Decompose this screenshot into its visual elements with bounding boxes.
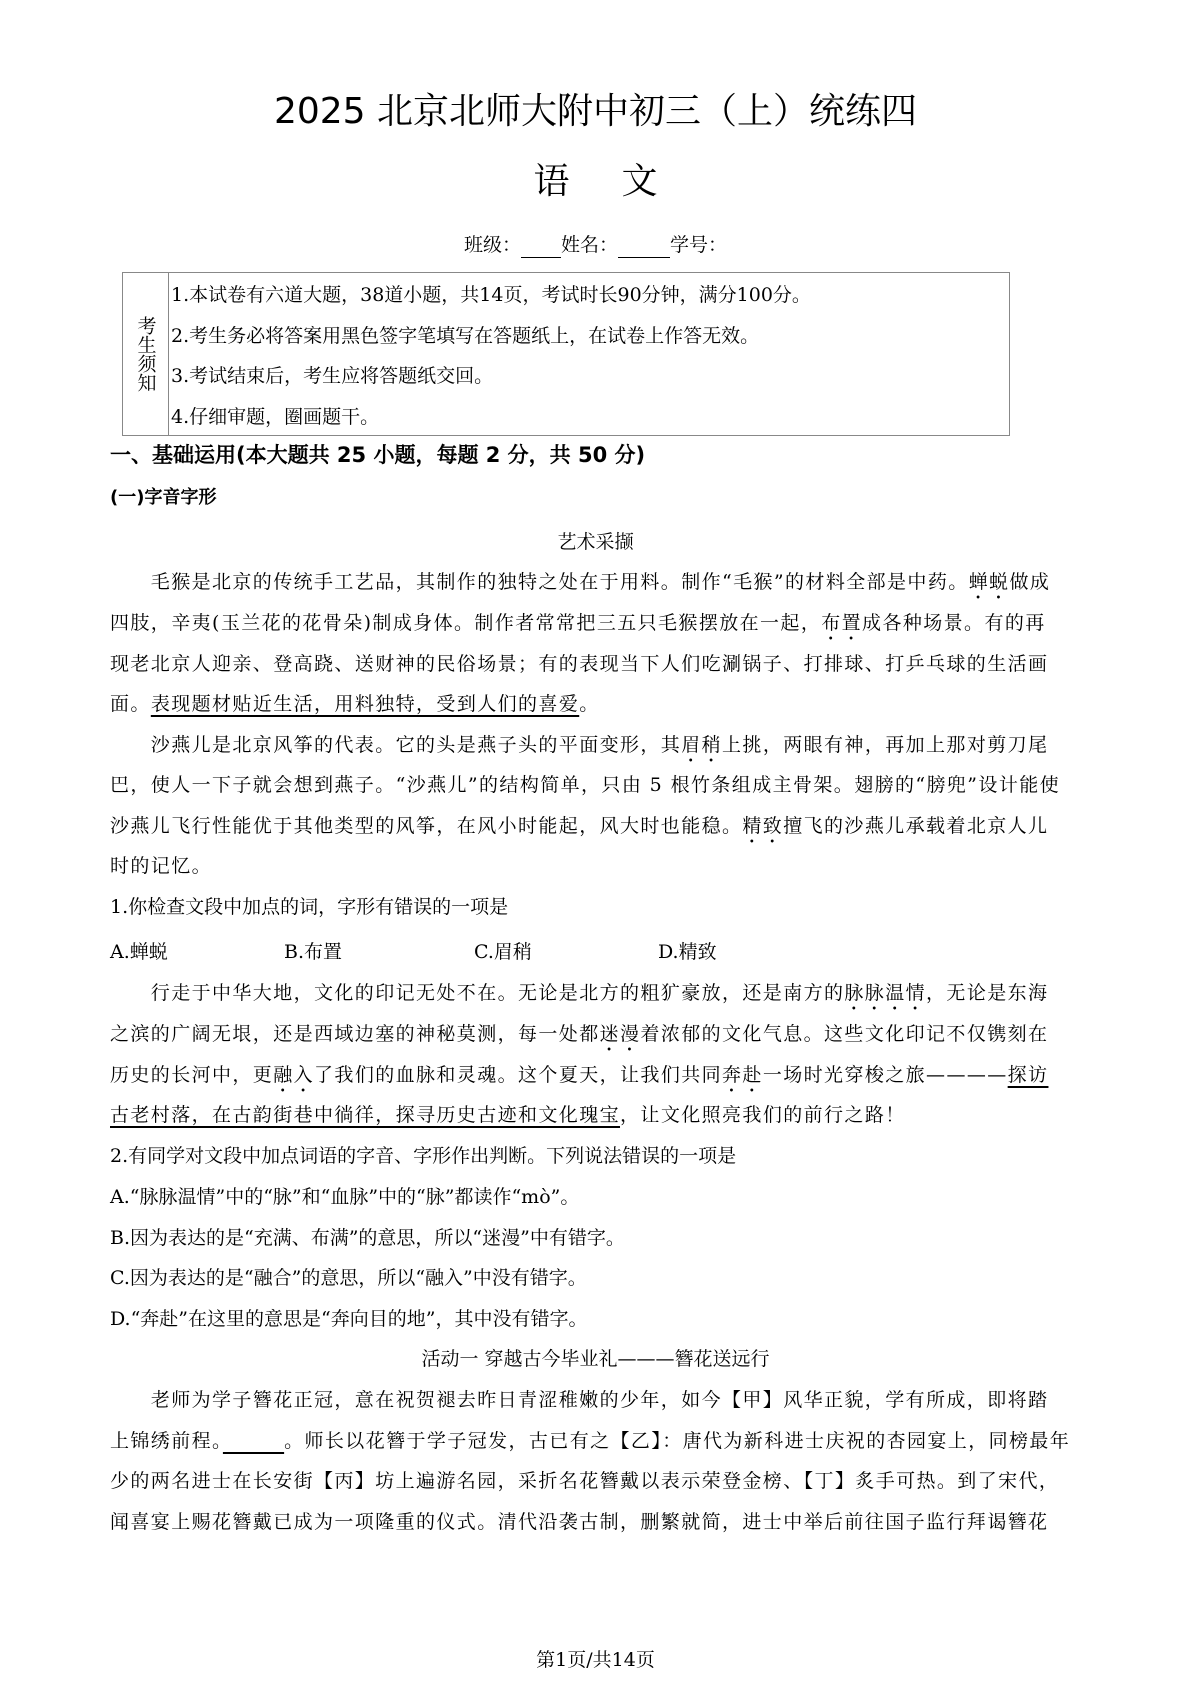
dotted-word: 蝉蜕 [969, 571, 1010, 593]
student-info-line: 班级：姓名：学号： [0, 232, 1191, 258]
class-label: 班级： [464, 234, 521, 256]
notice-item: 1.本试卷有六道大题，38道小题，共14页，考试时长90分钟，满分100分。 [171, 275, 1005, 316]
underlined-sentence: 探访 [1008, 1064, 1049, 1086]
text: 历史的长河中，更 [110, 1064, 273, 1086]
underlined-sentence: 表现题材贴近生活，用料独特，受到人们的喜爱 [151, 693, 579, 715]
notice-items: 1.本试卷有六道大题，38道小题，共14页，考试时长90分钟，满分100分。 2… [171, 275, 1005, 437]
text: 做成 [1009, 571, 1050, 593]
text: ，无论是东海 [926, 982, 1048, 1004]
text: 毛猴是北京的传统手工艺品，其制作的独特之处在于用料。制作“毛猴”的材料全部是中药… [110, 571, 969, 593]
subject-title: 语文 [0, 160, 1191, 204]
dotted-word: 融入 [273, 1064, 314, 1086]
passage-line: 闻喜宴上赐花簪戴已成为一项隆重的仪式。清代沿袭古制，删繁就简，进士中举后前往国子… [110, 1508, 1090, 1536]
text: 面。 [110, 693, 151, 715]
passage-line: 沙燕儿是北京风筝的代表。它的头是燕子头的平面变形，其眉稍上挑，两眼有神，再加上那… [110, 731, 1090, 767]
dotted-word: 眉稍 [681, 734, 722, 756]
text: 行走于中华大地，文化的印记无处不在。无论是北方的粗犷豪放，还是南方的 [110, 982, 844, 1004]
passage-line: 上锦绣前程。 。师长以花簪于学子冠发，古已有之【乙】：唐代为新科进士庆祝的杏园宴… [110, 1427, 1090, 1455]
text: 上挑，两眼有神，再加上那对剪刀尾 [722, 734, 1048, 756]
dotted-word: 奔赴 [722, 1064, 763, 1086]
dotted-word: 脉脉温情 [844, 982, 926, 1004]
option-c[interactable]: C.因为表达的是“融合”的意思，所以“融入”中没有错字。 [110, 1264, 587, 1292]
passage-line: 古老村落，在古韵街巷中徜徉，探寻历史古迹和文化瑰宝，让文化照亮我们的前行之路！ [110, 1101, 1090, 1129]
passage-title: 艺术采撷 [0, 528, 1191, 556]
text: 一场时光穿梭之旅———— [763, 1064, 1008, 1086]
notice-label-cell: 考生须知 [123, 273, 169, 435]
class-blank [521, 237, 561, 258]
fill-in-blank [223, 1430, 284, 1452]
passage-line: 行走于中华大地，文化的印记无处不在。无论是北方的粗犷豪放，还是南方的脉脉温情，无… [110, 979, 1090, 1015]
text: 成各种场景。有的再 [862, 612, 1046, 634]
option-a[interactable]: A.“脉脉温情”中的“脉”和“血脉”中的“脉”都读作“mò”。 [110, 1183, 579, 1211]
text: 之滨的广阔无垠，还是西域边塞的神秘莫测，每一处都 [110, 1023, 600, 1045]
passage-line: 少的两名进士在长安街【丙】坊上遍游名园，采折名花簪戴以表示荣登金榜、【丁】炙手可… [110, 1467, 1090, 1495]
text: ，让文化照亮我们的前行之路！ [620, 1104, 906, 1126]
passage-line: 时的记忆。 [110, 852, 1090, 880]
text: 上锦绣前程。 [110, 1430, 223, 1452]
passage-line: 四肢，辛夷(玉兰花的花骨朵)制成身体。制作者常常把三五只毛猴摆放在一起，布置成各… [110, 609, 1090, 645]
activity-title: 活动一 穿越古今毕业礼———簪花送远行 [0, 1345, 1191, 1373]
option-a[interactable]: A.蝉蜕 [110, 938, 168, 966]
option-b[interactable]: B.布置 [284, 938, 342, 966]
dotted-word: 布置 [821, 612, 862, 634]
dotted-word: 迷漫 [600, 1023, 641, 1045]
name-blank [618, 237, 670, 258]
text: 沙燕儿是北京风筝的代表。它的头是燕子头的平面变形，其 [110, 734, 681, 756]
option-b[interactable]: B.因为表达的是“充满、布满”的意思，所以“迷漫”中有错字。 [110, 1224, 625, 1252]
underlined-sentence: 古老村落，在古韵街巷中徜徉，探寻历史古迹和文化瑰宝 [110, 1104, 620, 1126]
question-2-stem: 2.有同学对文段中加点词语的字音、字形作出判断。下列说法错误的一项是 [110, 1142, 736, 1170]
option-c[interactable]: C.眉稍 [474, 938, 532, 966]
text: 四肢，辛夷(玉兰花的花骨朵)制成身体。制作者常常把三五只毛猴摆放在一起， [110, 612, 821, 634]
passage-line: 面。表现题材贴近生活，用料独特，受到人们的喜爱。 [110, 690, 1090, 718]
text: 。师长以花簪于学子冠发，古已有之【乙】：唐代为新科进士庆祝的杏园宴上，同榜最年 [284, 1430, 1070, 1452]
notice-item: 3.考试结束后，考生应将答题纸交回。 [171, 356, 1005, 397]
passage-line: 历史的长河中，更融入了我们的血脉和灵魂。这个夏天，让我们共同奔赴一场时光穿梭之旅… [110, 1061, 1090, 1097]
notice-item: 2.考生务必将答案用黑色签字笔填写在答题纸上，在试卷上作答无效。 [171, 316, 1005, 357]
passage-line: 之滨的广阔无垠，还是西域边塞的神秘莫测，每一处都迷漫着浓郁的文化气息。这些文化印… [110, 1020, 1090, 1056]
question-1-stem: 1.你检查文段中加点的词，字形有错误的一项是 [110, 893, 508, 921]
section-heading: 一、基础运用(本大题共 25 小题，每题 2 分，共 50 分) [110, 440, 645, 470]
text: 。 [579, 693, 599, 715]
text: 擅飞的沙燕儿承载着北京人儿 [783, 815, 1048, 837]
subsection-heading: (一)字音字形 [110, 484, 216, 512]
exam-notice-box: 考生须知 1.本试卷有六道大题，38道小题，共14页，考试时长90分钟，满分10… [122, 272, 1010, 436]
passage-line: 毛猴是北京的传统手工艺品，其制作的独特之处在于用料。制作“毛猴”的材料全部是中药… [110, 568, 1090, 604]
text: 着浓郁的文化气息。这些文化印记不仅镌刻在 [640, 1023, 1048, 1045]
passage-line: 现老北京人迎亲、登高跷、送财神的民俗场景；有的表现当下人们吃涮锅子、打排球、打乒… [110, 650, 1090, 678]
dotted-word: 精致 [742, 815, 783, 837]
text: 沙燕儿飞行性能优于其他类型的风筝，在风小时能起，风大时也能稳。 [110, 815, 742, 837]
exam-title: 2025 北京北师大附中初三（上）统练四 [0, 90, 1191, 134]
name-label: 姓名： [561, 234, 618, 256]
passage-line: 老师为学子簪花正冠，意在祝贺褪去昨日青涩稚嫩的少年，如今【甲】风华正貌，学有所成… [110, 1386, 1090, 1414]
passage-line: 巴，使人一下子就会想到燕子。“沙燕儿”的结构简单，只由 5 根竹条组成主骨架。翅… [110, 771, 1090, 799]
passage-line: 沙燕儿飞行性能优于其他类型的风筝，在风小时能起，风大时也能稳。精致擅飞的沙燕儿承… [110, 812, 1090, 848]
page-indicator: 第1页/共14页 [0, 1647, 1191, 1673]
notice-item: 4.仔细审题，圈画题干。 [171, 397, 1005, 438]
text: 了我们的血脉和灵魂。这个夏天，让我们共同 [314, 1064, 722, 1086]
option-d[interactable]: D.精致 [658, 938, 717, 966]
notice-label: 考生须知 [136, 316, 156, 392]
id-label: 学号： [670, 234, 727, 256]
option-d[interactable]: D.“奔赴”在这里的意思是“奔向目的地”，其中没有错字。 [110, 1305, 587, 1333]
